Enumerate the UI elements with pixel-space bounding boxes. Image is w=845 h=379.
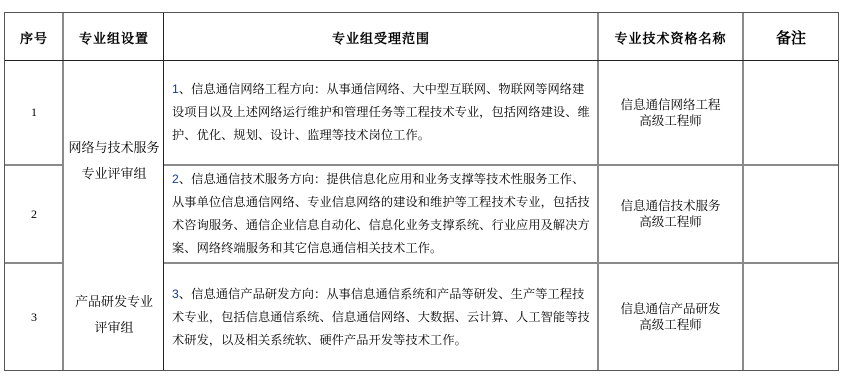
- qualification-line1: 信息通信技术服务: [620, 198, 720, 214]
- group-name-line2: 专业评审组: [81, 162, 146, 188]
- qualification-line2: 高级工程师: [639, 214, 702, 230]
- group-product-rnd: 产品研发专业 评审组: [64, 287, 164, 345]
- qualification-line1: 信息通信网络工程: [620, 97, 720, 113]
- row-1-index: 1: [5, 61, 63, 164]
- row-index-value: 3: [31, 310, 37, 325]
- header-remarks-label: 备注: [776, 27, 806, 48]
- row-2-qualification: 信息通信技术服务 高级工程师: [599, 166, 742, 262]
- scope-description: 、信息通信产品研发方向：从事信息通信系统和产品等研发、生产等工程技术专业，包括信…: [172, 287, 590, 347]
- scope-text: 3、信息通信产品研发方向：从事信息通信系统和产品等研发、生产等工程技术专业，包括…: [172, 283, 591, 352]
- header-qualification-label: 专业技术资格名称: [614, 28, 726, 47]
- row-3-remarks: [744, 264, 838, 370]
- scope-text: 1、信息通信网络工程方向：从事通信网络、大中型互联网、物联网等网络建设项目以及上…: [172, 78, 591, 147]
- header-index-label: 序号: [20, 28, 48, 47]
- qualification-line1: 信息通信产品研发: [620, 301, 720, 317]
- row-1-remarks: [744, 61, 838, 164]
- group-name-line1: 产品研发专业: [75, 290, 153, 316]
- review-group-table: 序号 专业组设置 专业组受理范围 专业技术资格名称 备注 1 2 3 网络与技术…: [4, 12, 839, 371]
- row-2-scope: 2、信息通信技术服务方向：提供信息化应用和业务支撑等技术性服务工作、从事单位信息…: [165, 166, 597, 262]
- group-name-line2: 评审组: [94, 316, 133, 342]
- row-2-index: 2: [5, 166, 63, 262]
- header-scope-label: 专业组受理范围: [332, 28, 430, 47]
- group-name-line1: 网络与技术服务: [68, 136, 159, 162]
- group-network-tech-service: 网络与技术服务 专业评审组: [64, 133, 164, 191]
- scope-number: 1: [172, 82, 179, 96]
- header-scope: 专业组受理范围: [165, 13, 597, 61]
- row-index-value: 2: [31, 207, 37, 222]
- scope-number: 2: [172, 172, 179, 186]
- row-3-qualification: 信息通信产品研发 高级工程师: [599, 264, 742, 370]
- scope-description: 、信息通信网络工程方向：从事通信网络、大中型互联网、物联网等网络建设项目以及上述…: [172, 82, 590, 142]
- header-group-setting-label: 专业组设置: [79, 28, 149, 47]
- header-qualification: 专业技术资格名称: [599, 13, 742, 61]
- row-3-index: 3: [5, 264, 63, 370]
- row-1-qualification: 信息通信网络工程 高级工程师: [599, 61, 742, 164]
- row-2-remarks: [744, 166, 838, 262]
- scope-description: 、信息通信技术服务方向：提供信息化应用和业务支撑等技术性服务工作、从事单位信息通…: [172, 172, 590, 255]
- header-remarks: 备注: [744, 13, 838, 61]
- qualification-line2: 高级工程师: [639, 113, 702, 129]
- row-index-value: 1: [31, 105, 37, 120]
- header-index: 序号: [5, 13, 63, 61]
- scope-number: 3: [172, 287, 179, 301]
- header-group-setting: 专业组设置: [64, 13, 164, 61]
- scope-text: 2、信息通信技术服务方向：提供信息化应用和业务支撑等技术性服务工作、从事单位信息…: [172, 168, 591, 260]
- row-1-scope: 1、信息通信网络工程方向：从事通信网络、大中型互联网、物联网等网络建设项目以及上…: [165, 61, 597, 164]
- row-3-scope: 3、信息通信产品研发方向：从事信息通信系统和产品等研发、生产等工程技术专业，包括…: [165, 264, 597, 370]
- qualification-line2: 高级工程师: [639, 317, 702, 333]
